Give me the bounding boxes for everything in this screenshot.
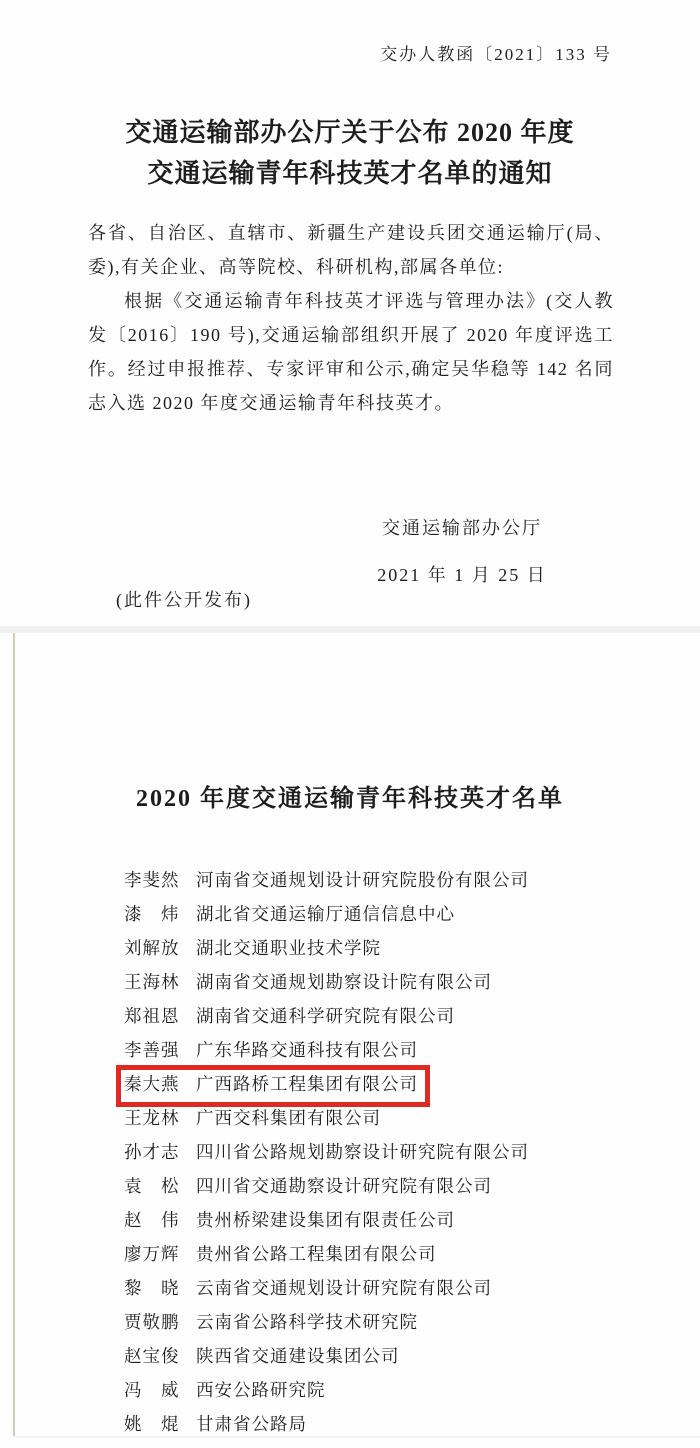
person-name: 冯 威 xyxy=(124,1377,184,1402)
notice-title-line2: 交通运输青年科技英才名单的通知 xyxy=(0,153,700,194)
organization-name: 贵州省公路工程集团有限公司 xyxy=(196,1241,437,1266)
organization-name: 湖北省交通运输厅通信信息中心 xyxy=(196,901,455,926)
list-item: 王海林湖南省交通规划勘察设计院有限公司 xyxy=(124,964,584,998)
person-name: 刘解放 xyxy=(124,935,184,960)
person-name: 廖万辉 xyxy=(124,1241,184,1266)
person-name: 袁 松 xyxy=(124,1173,184,1198)
list-item: 漆 炜湖北省交通运输厅通信信息中心 xyxy=(124,896,584,930)
organization-name: 湖南省交通科学研究院有限公司 xyxy=(196,1003,455,1028)
list-item: 李斐然河南省交通规划设计研究院股份有限公司 xyxy=(124,862,584,896)
page-edge-left xyxy=(13,633,15,1436)
signer-name: 交通运输部办公厅 xyxy=(350,514,574,540)
talent-list: 李斐然河南省交通规划设计研究院股份有限公司漆 炜湖北省交通运输厅通信信息中心刘解… xyxy=(124,862,584,1440)
organization-name: 西安公路研究院 xyxy=(196,1377,326,1402)
list-item: 郑祖恩湖南省交通科学研究院有限公司 xyxy=(124,998,584,1032)
person-name: 姚 焜 xyxy=(124,1411,184,1436)
organization-name: 陕西省交通建设集团公司 xyxy=(196,1343,400,1368)
notice-title: 交通运输部办公厅关于公布 2020 年度 交通运输青年科技英才名单的通知 xyxy=(0,112,700,194)
public-release-note: (此件公开发布) xyxy=(116,586,252,612)
organization-name: 广西交科集团有限公司 xyxy=(196,1105,381,1130)
body-paragraph: 根据《交通运输青年科技英才评选与管理办法》(交人教发〔2016〕190 号),交… xyxy=(88,284,614,420)
organization-name: 甘肃省公路局 xyxy=(196,1411,307,1436)
person-name: 李斐然 xyxy=(124,867,184,892)
person-name: 王龙林 xyxy=(124,1105,184,1130)
list-item-highlighted: 秦大燕广西路桥工程集团有限公司 xyxy=(124,1066,584,1100)
salutation-paragraph: 各省、自治区、直辖市、新疆生产建设兵团交通运输厅(局、委),有关企业、高等院校、… xyxy=(88,216,614,284)
person-name: 漆 炜 xyxy=(124,901,184,926)
list-item: 孙才志四川省公路规划勘察设计研究院有限公司 xyxy=(124,1134,584,1168)
person-name: 郑祖恩 xyxy=(124,1003,184,1028)
person-name: 黎 晓 xyxy=(124,1275,184,1300)
list-item: 廖万辉贵州省公路工程集团有限公司 xyxy=(124,1236,584,1270)
list-item: 刘解放湖北交通职业技术学院 xyxy=(124,930,584,964)
person-name: 秦大燕 xyxy=(124,1071,184,1096)
notice-title-line1: 交通运输部办公厅关于公布 2020 年度 xyxy=(0,112,700,153)
list-item: 姚 焜甘肃省公路局 xyxy=(124,1406,584,1440)
organization-name: 湖南省交通规划勘察设计院有限公司 xyxy=(196,969,492,994)
signature-block: 交通运输部办公厅 2021 年 1 月 25 日 xyxy=(350,514,574,587)
person-name: 赵 伟 xyxy=(124,1207,184,1232)
document-number: 交办人教函〔2021〕133 号 xyxy=(380,40,612,65)
person-name: 王海林 xyxy=(124,969,184,994)
organization-name: 河南省交通规划设计研究院股份有限公司 xyxy=(196,867,529,892)
page-divider xyxy=(0,626,700,633)
list-title: 2020 年度交通运输青年科技英才名单 xyxy=(0,778,700,813)
organization-name: 云南省交通规划设计研究院有限公司 xyxy=(196,1275,492,1300)
person-name: 李善强 xyxy=(124,1037,184,1062)
list-item: 黎 晓云南省交通规划设计研究院有限公司 xyxy=(124,1270,584,1304)
document-scan: 交办人教函〔2021〕133 号 交通运输部办公厅关于公布 2020 年度 交通… xyxy=(0,0,700,1448)
notice-body: 各省、自治区、直辖市、新疆生产建设兵团交通运输厅(局、委),有关企业、高等院校、… xyxy=(88,216,614,420)
person-name: 孙才志 xyxy=(124,1139,184,1164)
list-item: 赵 伟贵州桥梁建设集团有限责任公司 xyxy=(124,1202,584,1236)
organization-name: 贵州桥梁建设集团有限责任公司 xyxy=(196,1207,455,1232)
list-item: 冯 威西安公路研究院 xyxy=(124,1372,584,1406)
organization-name: 四川省交通勘察设计研究院有限公司 xyxy=(196,1173,492,1198)
list-item: 王龙林广西交科集团有限公司 xyxy=(124,1100,584,1134)
organization-name: 广东华路交通科技有限公司 xyxy=(196,1037,418,1062)
organization-name: 四川省公路规划勘察设计研究院有限公司 xyxy=(196,1139,529,1164)
organization-name: 广西路桥工程集团有限公司 xyxy=(196,1071,418,1096)
signature-date: 2021 年 1 月 25 日 xyxy=(350,561,574,587)
list-item: 赵宝俊陕西省交通建设集团公司 xyxy=(124,1338,584,1372)
list-item: 贾敬鹏云南省公路科学技术研究院 xyxy=(124,1304,584,1338)
person-name: 赵宝俊 xyxy=(124,1343,184,1368)
list-item: 袁 松四川省交通勘察设计研究院有限公司 xyxy=(124,1168,584,1202)
organization-name: 湖北交通职业技术学院 xyxy=(196,935,381,960)
person-name: 贾敬鹏 xyxy=(124,1309,184,1334)
organization-name: 云南省公路科学技术研究院 xyxy=(196,1309,418,1334)
list-item: 李善强广东华路交通科技有限公司 xyxy=(124,1032,584,1066)
